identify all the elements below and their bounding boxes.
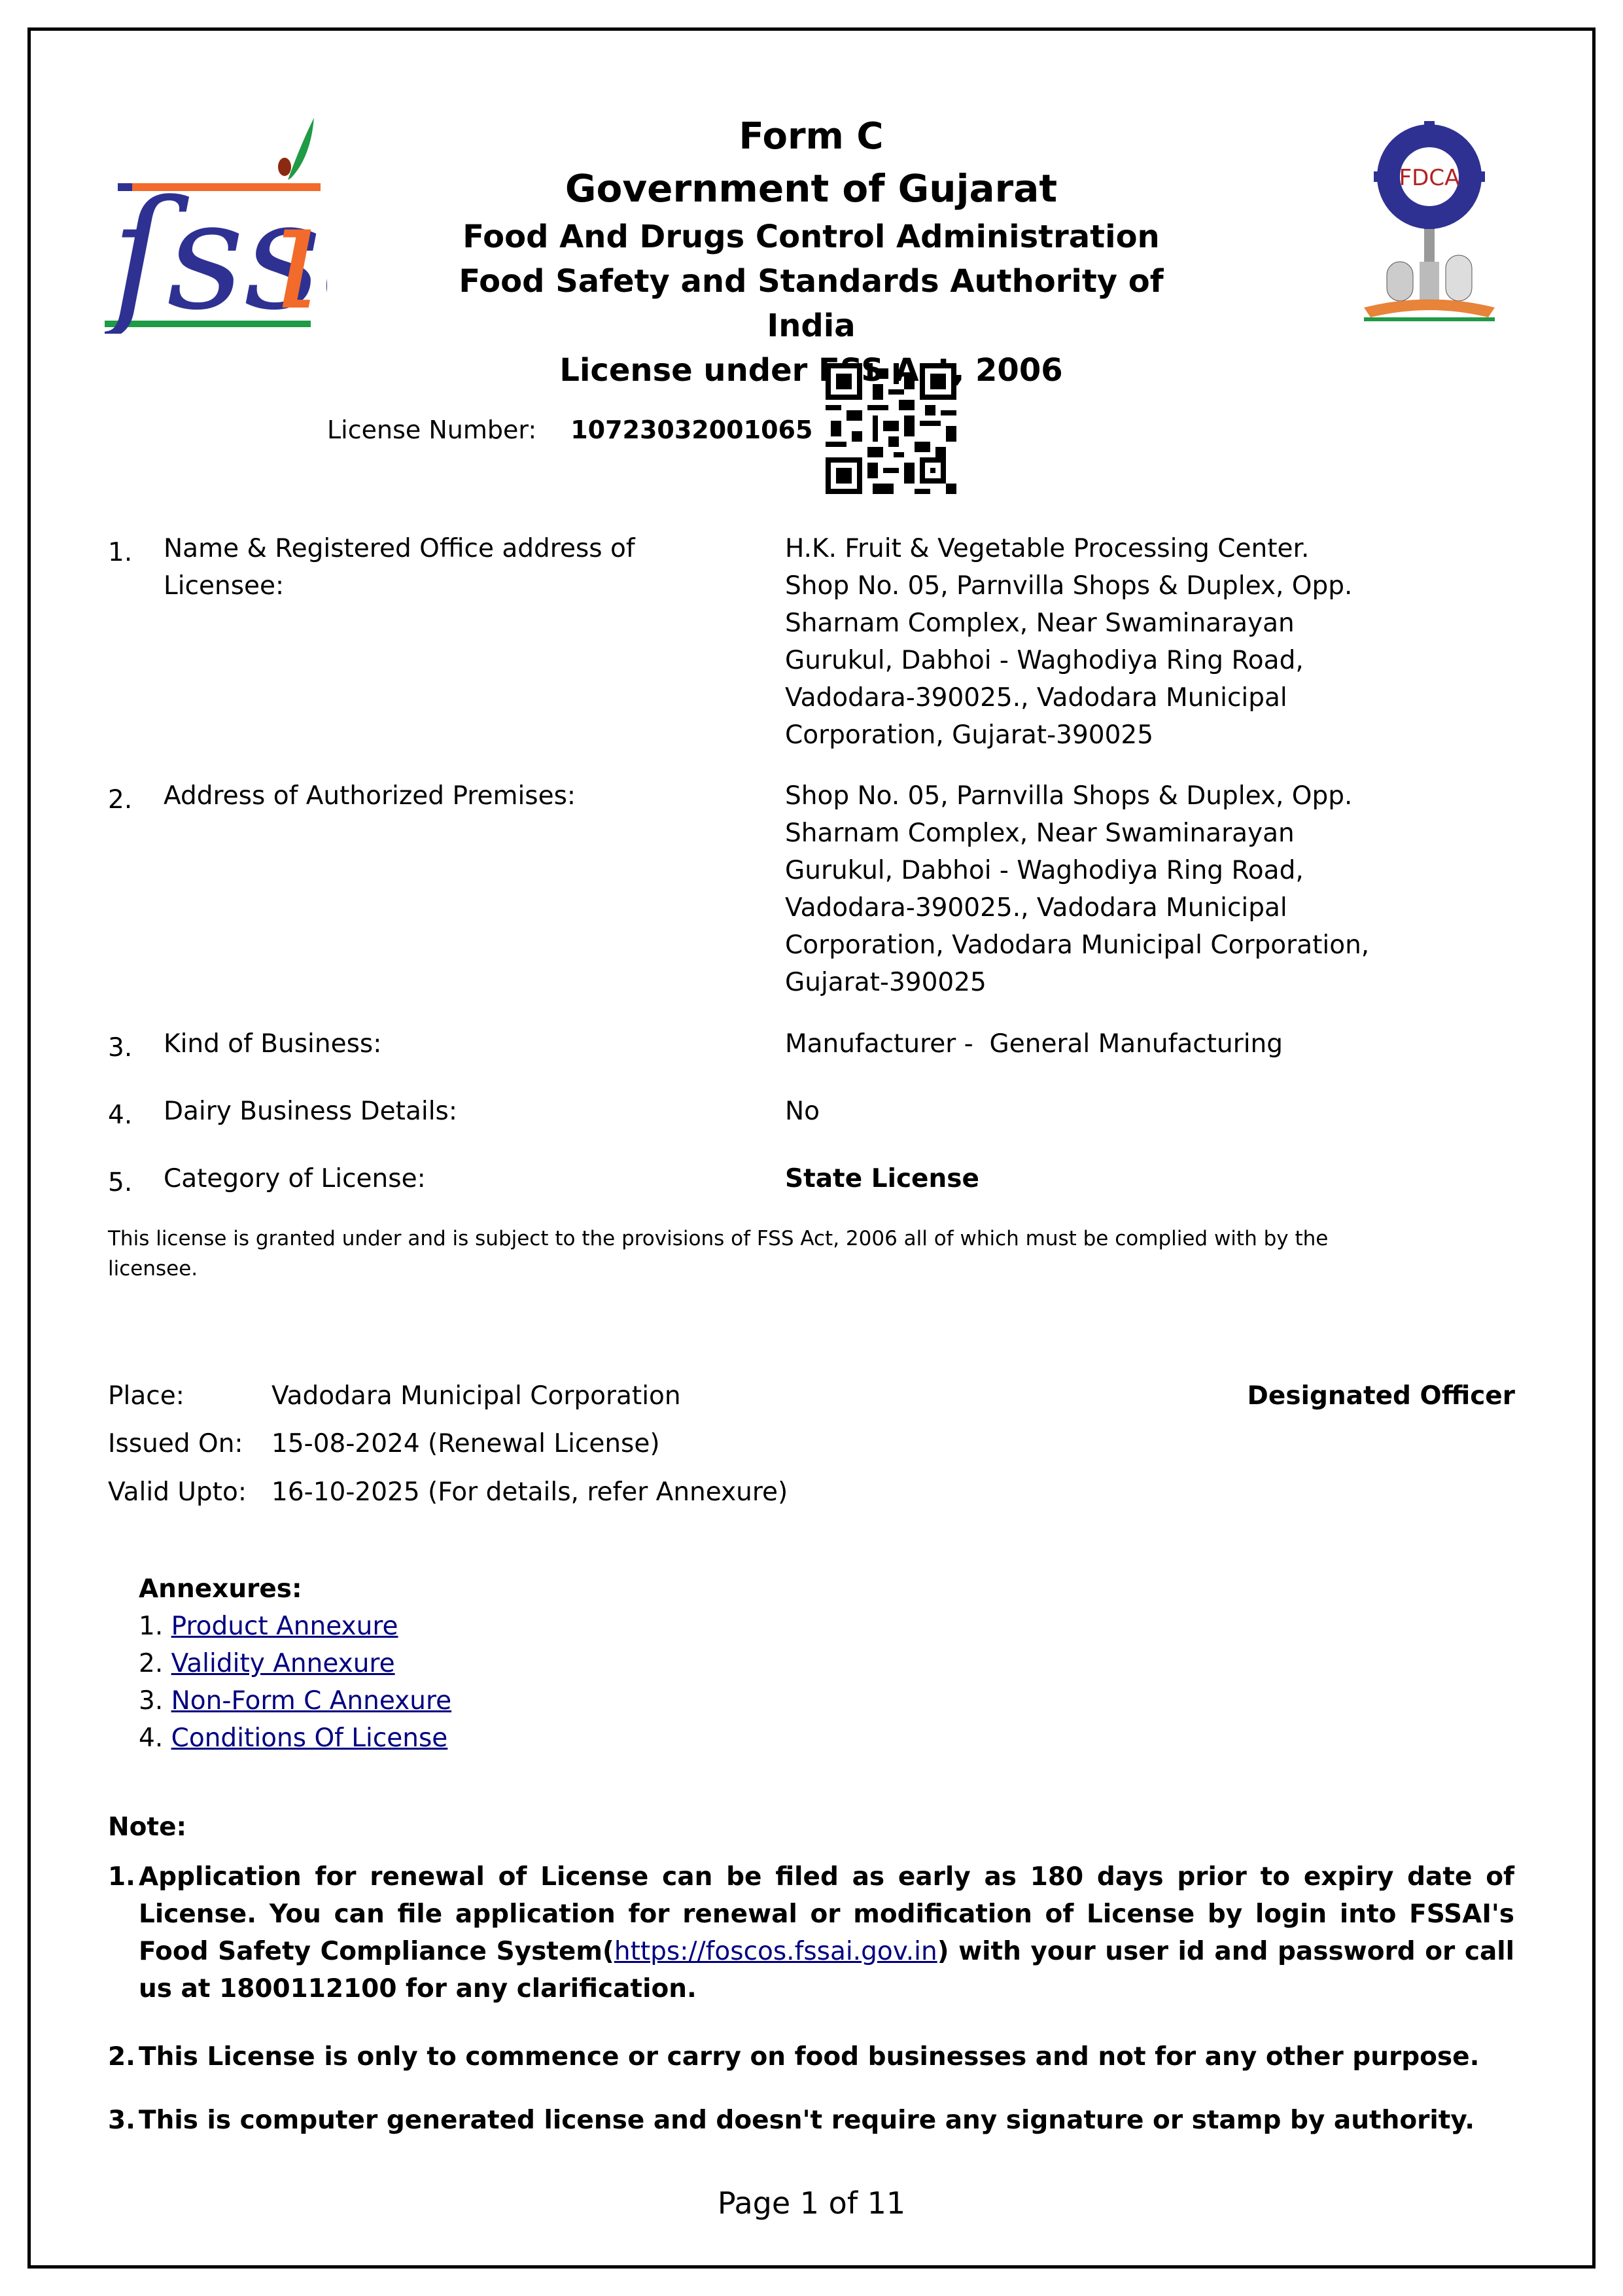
item-number: 5. <box>108 1164 132 1201</box>
note-item: 1. Application for renewal of License ca… <box>108 1858 1514 2007</box>
svg-text:ı: ı <box>271 169 320 334</box>
note-item: 2. This License is only to commence or c… <box>108 2038 1514 2075</box>
annexure-item: 4. Conditions Of License <box>139 1720 451 1757</box>
annexures-title: Annexures: <box>139 1570 451 1608</box>
license-number-value: 10723032001065 <box>570 415 812 444</box>
issued-label: Issued On: <box>108 1425 271 1462</box>
place-value: Vadodara Municipal Corporation <box>271 1381 681 1411</box>
value-line: Vadodara-390025., Vadodara Municipal <box>785 679 1439 716</box>
authority-title: Food Safety and Standards Authority of I… <box>419 259 1204 348</box>
note-number: 2. <box>108 2038 135 2075</box>
value-line: Shop No. 05, Parnvilla Shops & Duplex, O… <box>785 777 1439 815</box>
value-line: Gurukul, Dabhoi - Waghodiya Ring Road, <box>785 642 1439 679</box>
item-label: Kind of Business: <box>164 1025 752 1063</box>
valid-label: Valid Upto: <box>108 1474 271 1511</box>
item-number: 4. <box>108 1097 132 1134</box>
foscos-link[interactable]: https://foscos.fssai.gov.in <box>614 1937 937 1966</box>
annexure-item: 1. Product Annexure <box>139 1608 451 1645</box>
qr-code-icon <box>826 363 956 494</box>
value-line: Sharnam Complex, Near Swaminarayan <box>785 815 1439 852</box>
conditions-of-license-link[interactable]: Conditions Of License <box>171 1723 448 1753</box>
item-value: Shop No. 05, Parnvilla Shops & Duplex, O… <box>785 777 1439 1001</box>
annexure-number: 1. <box>139 1612 163 1641</box>
value-line: Vadodara-390025., Vadodara Municipal <box>785 889 1439 927</box>
value-line: Gurukul, Dabhoi - Waghodiya Ring Road, <box>785 852 1439 889</box>
fdca-text: FDCA <box>1399 165 1460 191</box>
item-value: H.K. Fruit & Vegetable Processing Center… <box>785 530 1439 754</box>
note-title: Note: <box>108 1812 186 1842</box>
page-number: Page 1 of 11 <box>0 2185 1623 2221</box>
item-label: Category of License: <box>164 1160 752 1197</box>
note-text: This is computer generated license and d… <box>139 2102 1514 2139</box>
product-annexure-link[interactable]: Product Annexure <box>171 1612 398 1641</box>
place-label: Place: <box>108 1377 271 1415</box>
item-number: 1. <box>108 534 132 571</box>
fssai-logo-icon: ſssa ı <box>105 105 327 334</box>
non-form-c-annexure-link[interactable]: Non-Form C Annexure <box>171 1686 452 1716</box>
act-title: License under FSS Act, 2006 <box>419 348 1204 393</box>
place-row: Place:Vadodara Municipal Corporation <box>108 1377 681 1415</box>
validity-annexure-link[interactable]: Validity Annexure <box>171 1649 395 1678</box>
valid-row: Valid Upto:16-10-2025 (For details, refe… <box>108 1474 788 1511</box>
item-label: Address of Authorized Premises: <box>164 777 752 815</box>
government-title: Government of Gujarat <box>419 162 1204 215</box>
annexure-number: 2. <box>139 1649 163 1678</box>
annexure-item: 2. Validity Annexure <box>139 1645 451 1682</box>
value-line: Sharnam Complex, Near Swaminarayan <box>785 605 1439 642</box>
value-line: H.K. Fruit & Vegetable Processing Center… <box>785 530 1439 567</box>
annexure-number: 4. <box>139 1723 163 1753</box>
annexure-number: 3. <box>139 1686 163 1716</box>
note-number: 1. <box>108 1858 135 1896</box>
item-number: 2. <box>108 781 132 819</box>
item-value: State License <box>785 1160 1439 1197</box>
item-value: No <box>785 1093 1439 1130</box>
license-number-label: License Number: <box>327 415 536 444</box>
license-number-row: License Number: 10723032001065 <box>327 415 812 444</box>
department-title: Food And Drugs Control Administration <box>419 215 1204 259</box>
fdca-logo-icon: FDCA <box>1338 121 1521 330</box>
legal-notice: This license is granted under and is sub… <box>108 1224 1384 1284</box>
value-line: Corporation, Vadodara Municipal Corporat… <box>785 927 1439 964</box>
annexure-item: 3. Non-Form C Annexure <box>139 1682 451 1720</box>
note-number: 3. <box>108 2102 135 2139</box>
item-value: Manufacturer - General Manufacturing <box>785 1025 1439 1063</box>
note-text: This License is only to commence or carr… <box>139 2038 1514 2075</box>
annexures-list: Annexures: 1. Product Annexure 2. Validi… <box>139 1570 451 1757</box>
value-line: Shop No. 05, Parnvilla Shops & Duplex, O… <box>785 567 1439 605</box>
valid-value: 16-10-2025 (For details, refer Annexure) <box>271 1477 788 1507</box>
value-line: Corporation, Gujarat-390025 <box>785 716 1439 754</box>
note-item: 3. This is computer generated license an… <box>108 2102 1514 2139</box>
issued-row: Issued On:15-08-2024 (Renewal License) <box>108 1425 660 1462</box>
note-text: Application for renewal of License can b… <box>139 1858 1514 2007</box>
item-label: Dairy Business Details: <box>164 1093 752 1130</box>
document-header: Form C Government of Gujarat Food And Dr… <box>419 111 1204 393</box>
item-label: Name & Registered Office address of Lice… <box>164 530 752 605</box>
value-line: Gujarat-390025 <box>785 964 1439 1001</box>
form-title: Form C <box>419 111 1204 162</box>
item-number: 3. <box>108 1029 132 1067</box>
issued-value: 15-08-2024 (Renewal License) <box>271 1429 660 1458</box>
designated-officer: Designated Officer <box>1248 1377 1515 1415</box>
